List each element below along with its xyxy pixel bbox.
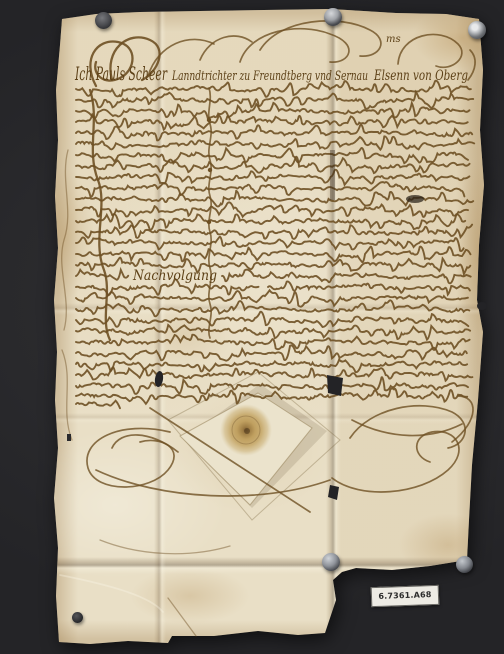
signature-flourish xyxy=(332,432,459,492)
manuscript-line xyxy=(76,157,470,173)
pushpin-top-right xyxy=(468,21,486,39)
manuscript-line xyxy=(76,247,471,263)
paper-tear xyxy=(328,485,339,500)
manuscript-line xyxy=(76,214,465,230)
seal-center-mark xyxy=(244,428,250,434)
margin-squiggle xyxy=(62,150,68,330)
pushpin-bottom-right xyxy=(456,556,473,573)
archive-label: 6.7361.A68 xyxy=(371,585,440,607)
heading-title: Lanndtrichter zu Freundtberg vnd Sernau xyxy=(171,69,368,84)
manuscript-line xyxy=(76,202,468,217)
chain-knot xyxy=(207,220,211,224)
heading-right-name: Elsenn von Oberg xyxy=(373,68,468,84)
paper-nick xyxy=(67,434,71,441)
flourish-stroke xyxy=(398,34,462,67)
signature-flourish xyxy=(100,540,230,554)
manuscript-line xyxy=(76,237,464,251)
flourish-stroke xyxy=(240,29,349,62)
pushpin-bottom-middle xyxy=(322,553,340,571)
manuscript-line xyxy=(76,182,464,197)
chain-knot xyxy=(207,118,211,122)
manuscript-line xyxy=(76,360,467,372)
signature-flourish xyxy=(112,435,178,452)
margin-squiggle xyxy=(62,350,72,440)
chain-knot xyxy=(208,168,212,172)
paper-nick xyxy=(477,302,487,310)
flourish-stroke xyxy=(200,36,252,60)
pushpin-top-left xyxy=(95,12,112,29)
ink-blot xyxy=(406,195,424,203)
manuscript-line xyxy=(76,103,470,119)
manuscript-line xyxy=(76,345,467,360)
fold-mark xyxy=(168,598,196,636)
manuscript-line xyxy=(76,115,468,130)
manuscript-line xyxy=(268,281,470,294)
heading-name: Ich Pauls Scheer xyxy=(74,63,168,85)
manuscript-line xyxy=(76,377,468,394)
corner-note: ms xyxy=(386,34,401,45)
manuscript-line xyxy=(76,170,469,185)
flourish-stroke xyxy=(468,50,475,80)
photo-background: Ich Pauls Scheer Lanndtrichter zu Freund… xyxy=(0,0,504,654)
manuscript-line xyxy=(76,148,468,163)
signature-flourish xyxy=(452,396,473,442)
manuscript-body-text xyxy=(76,81,474,408)
manuscript-line xyxy=(76,125,472,141)
seal-flap xyxy=(168,372,340,520)
manuscript-line xyxy=(76,367,472,380)
pushpin-bottom-left xyxy=(72,612,83,623)
manuscript-line xyxy=(76,300,469,316)
subheading: Nachvolgung xyxy=(132,268,217,284)
manuscript-line xyxy=(76,312,468,327)
manuscript-line xyxy=(76,335,470,350)
crease-smudge xyxy=(330,150,335,200)
signature-flourish xyxy=(87,428,174,487)
manuscript-line xyxy=(76,325,470,340)
manuscript-line xyxy=(222,270,471,284)
flourish-stroke xyxy=(260,21,381,56)
manuscript-line xyxy=(76,290,468,306)
ink-overlay: Ich Pauls Scheer Lanndtrichter zu Freund… xyxy=(0,0,504,654)
pushpin-top-middle xyxy=(324,8,342,26)
wrinkle-highlight xyxy=(60,575,163,612)
paper-tear xyxy=(327,375,343,396)
manuscript-line xyxy=(76,136,474,149)
chain-ornament xyxy=(209,88,211,338)
manuscript-line xyxy=(76,270,128,280)
manuscript-line xyxy=(76,401,120,409)
